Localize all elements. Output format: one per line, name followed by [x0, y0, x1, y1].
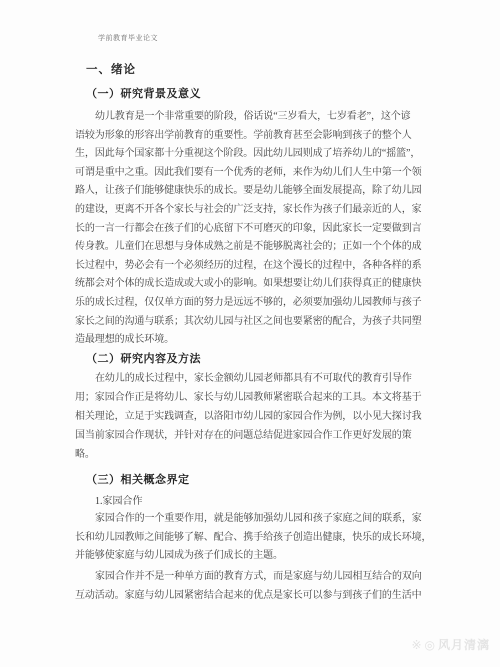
text-line: 相关理论，立足于实践调查，以洛阳市幼儿园的家园合作为例，以小见大探讨我: [75, 407, 435, 426]
text-line: 长和幼儿园教师之间能够了解、配合、携手给孩子创造出健康，快乐的成长环境，: [75, 529, 435, 548]
text-line: 统都会对个体的成长造成或大或小的影响。如果想要让幼儿们获得真正的健康快: [75, 275, 435, 294]
text-line: 用；家园合作正是将幼儿、家长与幼儿园教师紧密联合起来的工具。本文将基于: [75, 388, 435, 407]
flower-logo-icon: ※: [411, 638, 422, 652]
watermark: ※ ◎ 风月清漓: [411, 636, 490, 653]
text-line: 并能够使家庭与幼儿园成为孩子们成长的主题。: [75, 547, 435, 566]
document-page: 学前教育毕业论文 一、绪论 （一）研究背景及意义 幼儿教育是一个非常重要的阶段，…: [0, 0, 500, 667]
text-line: 生，因此每个国家都十分重视这个阶段。因此幼儿园则成了培养幼儿的“摇篮”，: [75, 145, 435, 164]
text-line: 家园合作并不是一种单方面的教育方式，而是家庭与幼儿园相互结合的双向: [75, 567, 435, 586]
section-3-paragraph-2: 家园合作并不是一种单方面的教育方式，而是家庭与幼儿园相互结合的双向 互动活动。家…: [75, 567, 435, 605]
section-2-paragraph: 在幼儿的成长过程中，家长金额幼儿园老师都具有不可取代的教育引导作 用；家园合作正…: [75, 369, 435, 464]
text-line: 略。: [75, 445, 435, 464]
section-2-heading: （二）研究内容及方法: [86, 350, 201, 366]
section-3-heading: （三）相关概念界定: [86, 471, 190, 487]
ring-icon: ◎: [425, 638, 436, 652]
text-line: 可谓是重中之重。因此我们要有一个优秀的老师，来作为幼儿们人生中第一个领: [75, 164, 435, 183]
section-3-paragraph-1: 家园合作的一个重要作用，就是能够加强幼儿园和孩子家庭之间的联系，家 长和幼儿园教…: [75, 510, 435, 566]
text-line: 语较为形象的形容出学前教育的重要性。学前教育甚至会影响到孩子的整个人: [75, 127, 435, 146]
text-line: 乐的成长过程，仅仅单方面的努力是远远不够的，必须要加强幼儿园教师与孩子: [75, 294, 435, 313]
text-line: 长过程中，势必会有一个必须经历的过程，在这个漫长的过程中，各种各样的系: [75, 257, 435, 276]
text-line: 家长之间的沟通与联系；其次幼儿园与社区之间也要紧密的配合，为孩子共同塑: [75, 313, 435, 332]
text-line: 幼儿教育是一个非常重要的阶段，俗话说“三岁看大，七岁看老”，这个谚: [75, 108, 435, 127]
text-line: 互动活动。家庭与幼儿园紧密结合起来的优点是家长可以参与到孩子们的生活中: [75, 586, 435, 605]
text-line: 长的一言一行都会在孩子们的心底留下不可磨灭的印象，因此家长一定要做到言: [75, 220, 435, 239]
text-line: 传身教。儿童们在思想与身体成熟之前是不能够脱离社会的；正如一个个体的成: [75, 238, 435, 257]
text-line: 国当前家园合作现状，并针对存在的问题总结促进家园合作工作更好发展的策: [75, 426, 435, 445]
watermark-name: 风月清漓: [438, 636, 490, 653]
section-1-heading: （一）研究背景及意义: [86, 85, 201, 101]
text-line: 在幼儿的成长过程中，家长金额幼儿园老师都具有不可取代的教育引导作: [75, 369, 435, 388]
text-line: 造最理想的成长环境。: [75, 331, 435, 350]
section-1-paragraph: 幼儿教育是一个非常重要的阶段，俗话说“三岁看大，七岁看老”，这个谚 语较为形象的…: [75, 108, 435, 350]
chapter-heading: 一、绪论: [86, 61, 136, 77]
text-line: 路人，让孩子们能够健康快乐的成长。要是幼儿能够全面发展提高，除了幼儿园: [75, 182, 435, 201]
running-header-label: 学前教育毕业论文: [98, 33, 158, 43]
section-3-subheading: 1.家园合作: [95, 492, 143, 507]
text-line: 的建设，更离不开各个家长与社会的广泛支持，家长作为孩子们最亲近的人，家: [75, 201, 435, 220]
text-line: 家园合作的一个重要作用，就是能够加强幼儿园和孩子家庭之间的联系，家: [75, 510, 435, 529]
